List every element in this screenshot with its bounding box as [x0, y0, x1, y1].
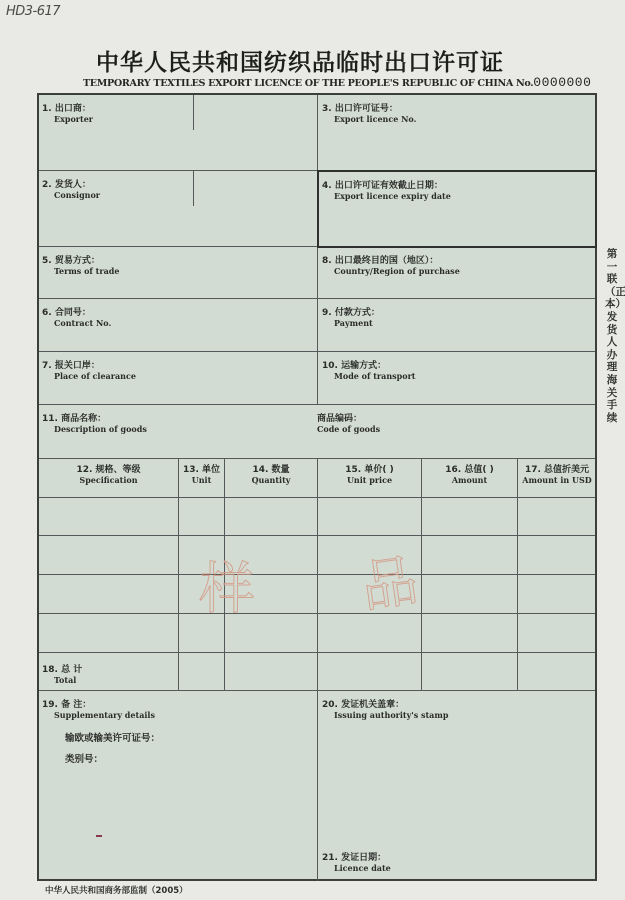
table-row[interactable] [39, 575, 595, 613]
title-english-text: TEMPORARY TEXTILES EXPORT LICENCE OF THE… [83, 78, 513, 89]
licence-form: 1. 出口商： Exporter 3. 出口许可证号： Export licen… [37, 93, 597, 881]
field-total: 18. 总 计 Total [42, 659, 82, 684]
field-place-of-clearance[interactable]: 7. 报关口岸： Place of clearance [42, 355, 136, 380]
field-consignor[interactable]: 2. 发货人： Consignor [42, 174, 100, 199]
licence-number-label: No. [516, 78, 533, 89]
field-label-cn: 2. 发货人： [42, 180, 91, 190]
field-label-en: Mode of transport [322, 372, 415, 380]
field-label-cn: 8. 出口最终目的国（地区）： [322, 256, 438, 266]
copy-designation-note: 第一联（正本）发货人办理海关手续 [605, 248, 619, 424]
field-code-of-goods[interactable]: 商品编码： Code of goods [317, 408, 380, 433]
ink-mark [96, 835, 102, 837]
field-terms-of-trade[interactable]: 5. 贸易方式： Terms of trade [42, 250, 119, 275]
field-label-en: Issuing authority's stamp [322, 711, 448, 719]
label-text: 类别号： [65, 754, 103, 765]
field-label-en: Consignor [42, 191, 100, 199]
column-divider [317, 95, 318, 405]
column-divider [178, 458, 179, 690]
field-label-cn: 20. 发证机关盖章： [322, 700, 404, 710]
field-label-cn: 19. 备 注： [42, 700, 91, 710]
licence-number-value: 0000000 [533, 75, 591, 90]
field-label-en: Export licence expiry date [322, 192, 451, 200]
column-divider [193, 171, 194, 206]
table-row[interactable] [39, 498, 595, 535]
field-label-cn: 1. 出口商： [42, 104, 91, 114]
field-label-cn: 商品编码： [317, 414, 362, 424]
field-licence-date[interactable]: 21. 发证日期： Licence date [322, 847, 391, 872]
form-title-english: TEMPORARY TEXTILES EXPORT LICENCE OF THE… [83, 75, 591, 90]
field-description-of-goods[interactable]: 11. 商品名称： Description of goods [42, 408, 147, 433]
header-en: Amount in USD [518, 476, 596, 486]
eu-us-licence-no-label: 输欧或输美许可证号： [65, 728, 160, 745]
column-divider [421, 458, 422, 690]
field-payment[interactable]: 9. 付款方式： Payment [322, 302, 380, 327]
column-divider [317, 690, 318, 881]
header-en: Specification [39, 476, 178, 486]
field-label-cn: 4. 出口许可证有效截止日期： [322, 181, 443, 191]
field-label-cn: 5. 贸易方式： [42, 256, 100, 266]
table-row[interactable] [39, 614, 595, 652]
field-export-licence-no[interactable]: 3. 出口许可证号： Export licence No. [322, 98, 416, 123]
field-exporter[interactable]: 1. 出口商： Exporter [42, 98, 93, 123]
column-header-amount-usd: 17. 总值折美元 Amount in USD [518, 465, 596, 485]
column-header-amount: 16. 总值( ) Amount [422, 465, 517, 485]
column-divider [317, 458, 318, 690]
field-label-en: Payment [322, 319, 380, 327]
handwritten-reference: HD3-617 [6, 4, 60, 19]
form-title-chinese: 中华人民共和国纺织品临时出口许可证 [0, 44, 600, 77]
field-label-en: Licence date [322, 864, 391, 872]
field-label-en: Exporter [42, 115, 93, 123]
field-label-en: Export licence No. [322, 115, 416, 123]
label-text: 输欧或输美许可证号： [65, 733, 160, 744]
field-label-cn: 7. 报关口岸： [42, 361, 100, 371]
field-label-en: Supplementary details [42, 711, 155, 719]
column-divider [224, 458, 225, 690]
field-label-en: Terms of trade [42, 267, 119, 275]
field-label-en: Description of goods [42, 425, 147, 433]
table-row[interactable] [39, 536, 595, 574]
field-contract-no[interactable]: 6. 合同号： Contract No. [42, 302, 111, 327]
header-en: Quantity [225, 476, 317, 486]
field-expiry-date[interactable]: 4. 出口许可证有效截止日期： Export licence expiry da… [322, 175, 451, 200]
field-supplementary-details[interactable]: 19. 备 注： Supplementary details [42, 694, 155, 719]
field-mode-of-transport[interactable]: 10. 运输方式： Mode of transport [322, 355, 415, 380]
field-label-cn: 18. 总 计 [42, 665, 82, 675]
header-en: Unit [179, 476, 224, 486]
footer-issuer: 中华人民共和国商务部监制（2005） [45, 884, 188, 896]
header-en: Unit price [318, 476, 421, 486]
field-issuing-authority-stamp: 20. 发证机关盖章： Issuing authority's stamp [322, 694, 448, 719]
column-header-unit: 13. 单位 Unit [179, 465, 224, 485]
field-label-cn: 9. 付款方式： [322, 308, 380, 318]
field-label-cn: 21. 发证日期： [322, 853, 386, 863]
field-label-en: Country/Region of purchase [322, 267, 460, 275]
field-label-cn: 6. 合同号： [42, 308, 91, 318]
column-header-quantity: 14. 数量 Quantity [225, 465, 317, 485]
column-header-specification: 12. 规格、等级 Specification [39, 465, 178, 485]
header-en: Amount [422, 476, 517, 486]
field-label-en: Place of clearance [42, 372, 136, 380]
field-label-en: Contract No. [42, 319, 111, 327]
field-country-region[interactable]: 8. 出口最终目的国（地区）： Country/Region of purcha… [322, 250, 460, 275]
category-no-label: 类别号： [65, 749, 103, 766]
column-header-unit-price: 15. 单价( ) Unit price [318, 465, 421, 485]
field-label-cn: 3. 出口许可证号： [322, 104, 398, 114]
field-label-cn: 10. 运输方式： [322, 361, 386, 371]
field-label-en: Total [42, 676, 82, 684]
field-label-en: Code of goods [317, 425, 380, 433]
column-divider [193, 95, 194, 130]
field-label-cn: 11. 商品名称： [42, 414, 106, 424]
column-divider [517, 458, 518, 690]
